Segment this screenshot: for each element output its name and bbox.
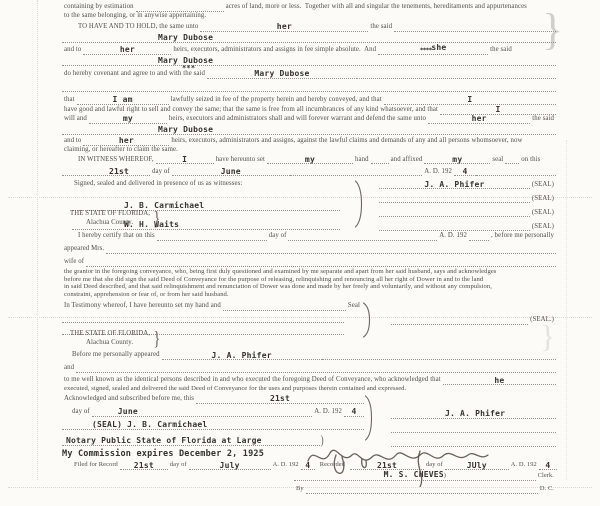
form-text: heirs, executors, administrators and ass… [169,137,524,146]
deed-body-section: containing by estimation acres of land, … [62,3,556,231]
typed-grantor-signature: J. A. Phifer [379,181,530,190]
typed-year: 4 [539,462,557,471]
blank [469,232,489,241]
ack-bracket [364,395,373,441]
typed-her: her [200,23,368,32]
habendum-line: TO HAVE AND TO HOLD, the same unto her t… [62,23,556,32]
assigns-line: and to her heirs, executors, administrat… [62,46,556,55]
notary-section: THE STATE OF FLORIDA, Alachua County. } … [62,325,556,494]
ack-month-blank: June [92,408,313,417]
form-text: the said [368,23,394,32]
form-text: hand [353,156,371,165]
typed-year: 4 [454,168,476,177]
handwritten-signature [302,435,522,487]
ack-line: Acknowledged and subscribed before me, t… [62,395,364,404]
state-block: THE STATE OF FLORIDA, Alachua County. } [62,329,556,349]
typed-asterisk-mark: *** [182,64,195,66]
executed-line: executed, signed, sealed and delivered t… [62,385,556,393]
clerk-label: Clerk. [536,472,556,481]
witnesses-label: Signed, sealed and delivered in presence… [62,180,354,189]
typed-day: 21st [196,395,364,404]
certify-line: I hereby certify that on this day of A. … [62,232,556,241]
typed-her: her [428,115,530,124]
warrant-blank: my [89,115,167,124]
exec-month-blank: June [172,167,290,176]
trailing-blank [357,70,556,79]
known-blank: he [443,376,556,385]
form-text: and [62,364,76,373]
typed-she-group: ****she [378,44,488,55]
blank [223,302,346,311]
county-label: Alachua County. [68,339,152,348]
dower-body-4: constraint, apprehension or fear of, or … [62,291,556,299]
exec-day-blank: 21st [88,167,150,176]
typed-my: my [424,156,490,165]
seal-label: (SEAL) [530,181,556,190]
filed-month-blank: July [189,461,271,470]
form-text: Acknowledged and subscribed before me, t… [62,395,196,404]
typed-i-am: I am [77,96,169,105]
typed-notary-stamp: (SEAL) J. B. Carmichael [92,421,207,430]
witness-blank-1: I [156,155,214,164]
form-text: seal [490,156,505,165]
typed-day: 21st [88,168,150,177]
blank-line [62,313,344,323]
appeared-name-blank: J. A. Phifer [162,351,322,360]
form-text: claiming, or hereafter to claim the same… [62,146,180,155]
typed-her: her [83,46,171,55]
form-text: TO HAVE AND TO HOLD, the same unto [76,23,200,32]
typed-grantee-name: Mary Dubose [158,126,213,135]
blank [76,364,556,373]
warrant-line: will and my heirs, executors and adminis… [62,115,556,124]
form-text: the said [530,115,556,124]
state-label: THE STATE OF FLORIDA, [68,330,152,339]
belonging-line: to the same belonging, or in anywise app… [62,12,556,21]
seal-line-2: (SEAL) [379,194,556,203]
blank-line [62,83,556,92]
deed-record-page: } } containing by estimation acres of la… [0,0,600,506]
execution-date-line: 21st day of June A. D. 192 4 [62,167,556,176]
typed-month: July [189,462,271,471]
wife-of-line: wife of [62,258,556,267]
typed-notary-title: Notary Public State of Florida at Large [62,437,320,446]
form-text: , before me personally [489,232,556,241]
form-text: Before me personally appeared [70,351,162,360]
typed-i: I [156,156,214,165]
seal-label: (SEAL.) [528,316,556,325]
dower-acknowledgment-section: THE STATE OF FLORIDA, Alachua County. } … [62,209,556,338]
notary-stamp-line: (SEAL) J. B. Carmichael [62,419,364,430]
grantee-name-line-2: Mary Dubose *** [62,55,556,66]
form-text: appeared Mrs. [62,245,106,254]
ack-day-blank: 21st [196,395,364,404]
typed-i: I [440,106,556,115]
warrant-blank-2: her [428,115,530,124]
deputy-label: D. C. [538,485,556,494]
form-text: containing by estimation [62,3,136,12]
covenant-blank: Mary Dubose [207,70,357,79]
assigns-blank-2: ****she [378,46,488,55]
state-block: THE STATE OF FLORIDA, Alachua County. } [62,209,556,229]
typed-my: my [89,115,167,124]
right-to-sell-blank: I [440,106,556,115]
form-text: have hereunto set [214,156,267,165]
blank [322,351,556,360]
dower-seal-line: (SEAL.) [391,316,556,325]
dower-body-2: before me that she did sign the said Dee… [62,276,556,284]
form-text: lawfully seized in fee of the property h… [169,96,384,105]
form-text: day of [150,168,172,177]
blank [106,245,556,254]
typed-i: I [384,96,556,105]
typed-month: June [172,168,290,177]
form-text: to the same belonging, or in anywise app… [62,12,208,21]
blank [157,232,267,241]
dower-body-1: the grantor in the foregoing conveyance,… [62,268,556,276]
blank-line [391,423,556,433]
form-text: day of [70,408,92,417]
form-text: that [62,96,77,105]
in-witness-line: IN WITNESS WHEREOF, I have hereunto set … [62,155,556,164]
exec-year-blank: 4 [454,167,476,176]
typed-grantor-ack-signature: J. A. Phifer [445,410,505,419]
appeared-mrs-line: appeared Mrs. [62,245,556,254]
grantee-name-line-3: Mary Dubose [62,124,556,135]
form-text: In Testimony whereof, I have hereunto se… [62,302,223,311]
form-text: Filed for Record [72,461,120,470]
grantee-name-line: Mary Dubose [62,32,556,43]
covenant-line: do hereby covenant and agree to and with… [62,70,556,79]
form-text: A. D. 192 [437,232,469,241]
blank [86,258,556,267]
typed-he: he [443,377,556,386]
form-text: to me well known as the identical person… [62,376,443,385]
typed-grantee-name: Mary Dubose [207,70,357,79]
form-text: A. D. 192 [422,168,454,177]
trailing-blank [394,23,556,32]
form-text: A. D. 192 [312,408,344,417]
form-text: heirs, executors, administrators and ass… [171,46,378,55]
typed-overstrike: **** [420,46,432,54]
right-fold-line [566,140,567,480]
claims-blank: her [83,137,169,146]
form-text: IN WITNESS WHEREOF, [76,156,156,165]
seized-line: that I am lawfully seized in fee of the … [62,96,556,105]
recorded-year-blank: 4 [539,461,557,470]
habendum-blank: her [200,23,368,32]
typed-appeared-name: J. A. Phifer [162,352,322,361]
short-blank [371,155,389,164]
short-blank [62,167,88,176]
typed-her: her [83,137,169,146]
typed-my: my [267,156,353,165]
trailing-blank [476,167,556,176]
ack-date-line: day of June A. D. 192 4 [62,408,364,417]
left-fold-line [37,0,38,480]
form-text: Seal [346,302,362,311]
dower-body-3: in said Deed described, and that said re… [62,283,556,291]
typed-grantee-name: Mary Dubose [158,34,213,43]
notary-title-blank: Notary Public State of Florida at Large [62,435,320,446]
form-text: and to [62,137,83,146]
form-text: I hereby certify that on this [76,232,157,241]
grantor-ack-signature-line: J. A. Phifer [391,408,556,419]
form-text: heirs, executors and administrators shal… [167,115,428,124]
typed-year: 4 [344,408,364,417]
seized-blank: I am [77,96,169,105]
form-text: and to [62,46,83,55]
seal-line-1: J. A. Phifer(SEAL) [379,180,556,189]
form-text: have good and lawful right to sell and c… [62,106,440,115]
filed-day-blank: 21st [120,461,168,470]
form-text: A. D. 192 [271,461,301,470]
acres-blank [136,3,224,12]
known-line: to me well known as the identical person… [62,376,556,385]
form-text: day of [168,461,189,470]
containing-line: containing by estimation acres of land, … [62,3,556,12]
witness-blank-3: my [424,155,490,164]
trailing-blank [290,167,423,176]
state-label: THE STATE OF FLORIDA, [68,210,152,219]
form-text: wife of [62,258,86,267]
form-text: acres of land, more or less. Together wi… [224,3,529,12]
witness-blank-2: my [267,155,353,164]
state-brace: } [154,209,161,229]
short-blank [505,155,519,164]
typed-she: she [431,43,446,52]
ack-year-blank: 4 [344,408,364,417]
assigns-blank: her [83,46,171,55]
blank [288,232,437,241]
and-line: and [62,364,556,373]
testimony-line: In Testimony whereof, I have hereunto se… [62,302,362,311]
form-text: the said [488,46,514,55]
typed-day: 21st [120,462,168,471]
typed-month: June [92,408,313,417]
appeared-line: Before me personally appeared J. A. Phif… [62,351,556,360]
claims-line: and to her heirs, executors, administrat… [62,137,556,146]
form-text: day of [267,232,289,241]
blank [379,194,530,203]
blank [391,316,528,325]
seized-blank-2: I [384,96,556,105]
county-label: Alachua County. [68,219,152,228]
form-text: on this [519,156,542,165]
seal-label: (SEAL) [530,195,556,204]
state-brace: } [154,329,161,349]
grantor-signature-blank: J. A. Phifer [379,180,530,189]
form-text: and affixed [389,156,425,165]
form-text: will and [62,115,89,124]
claims-end-line: claiming, or hereafter to claim the same… [62,146,556,155]
